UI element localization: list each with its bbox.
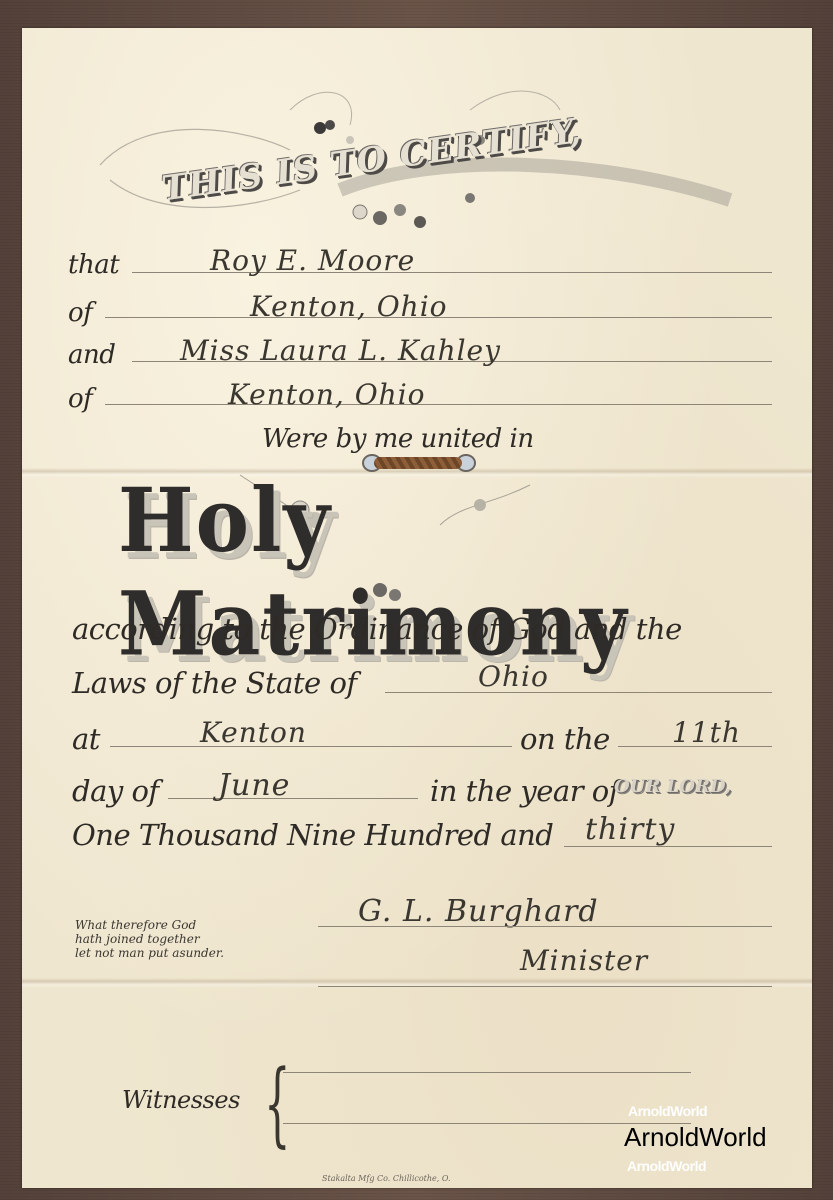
bride-name: Miss Laura L. Kahley xyxy=(180,334,501,367)
our-lord-text: OUR LORD, xyxy=(614,776,731,797)
title-line xyxy=(318,986,772,987)
groom-residence-label: of xyxy=(68,298,92,328)
day-value: 11th xyxy=(672,716,741,749)
state-value: Ohio xyxy=(478,660,549,693)
watermark-main: ArnoldWorld xyxy=(624,1122,767,1153)
groom-residence: Kenton, Ohio xyxy=(250,290,448,323)
printer-imprint: Stakalta Mfg Co. Chillicothe, O. xyxy=(322,1174,451,1183)
scripture-verse: What therefore God hath joined together … xyxy=(75,918,224,960)
groom-name: Roy E. Moore xyxy=(210,244,415,277)
place-value: Kenton xyxy=(200,716,307,749)
bride-label: and xyxy=(68,340,115,370)
signature-line xyxy=(318,926,772,927)
witness-line-1 xyxy=(283,1072,691,1073)
bride-residence: Kenton, Ohio xyxy=(228,378,426,411)
year-label: in the year of xyxy=(430,774,619,808)
verse-line: What therefore God xyxy=(75,918,224,932)
officiant-signature: G. L. Burghard xyxy=(358,894,599,929)
ordinance-line: according to the Ordinance of God and th… xyxy=(72,612,682,646)
place-label: at xyxy=(72,722,100,756)
brace-icon: { xyxy=(264,1050,290,1157)
month-line xyxy=(168,798,418,799)
month-value: June xyxy=(218,768,290,803)
year-prefix: One Thousand Nine Hundred and xyxy=(72,818,553,852)
verse-line: hath joined together xyxy=(75,932,224,946)
united-line: Were by me united in xyxy=(262,424,534,454)
watermark-top: ArnoldWorld xyxy=(628,1103,707,1119)
officiant-title: Minister xyxy=(520,944,648,977)
month-label: day of xyxy=(72,774,159,808)
bride-residence-label: of xyxy=(68,384,92,414)
witnesses-label: Witnesses xyxy=(122,1086,240,1114)
verse-line: let not man put asunder. xyxy=(75,946,224,960)
place-line xyxy=(110,746,512,747)
day-label: on the xyxy=(520,722,610,756)
groom-label: that xyxy=(68,250,119,280)
watermark-bottom: ArnoldWorld xyxy=(627,1158,706,1174)
state-label: Laws of the State of xyxy=(72,666,357,700)
state-line xyxy=(385,692,772,693)
certify-heading: THIS IS TO CERTIFY, xyxy=(161,110,584,210)
certify-banner: THIS IS TO CERTIFY, xyxy=(125,110,725,220)
year-value: thirty xyxy=(585,812,675,847)
bride-residence-line xyxy=(105,404,772,405)
